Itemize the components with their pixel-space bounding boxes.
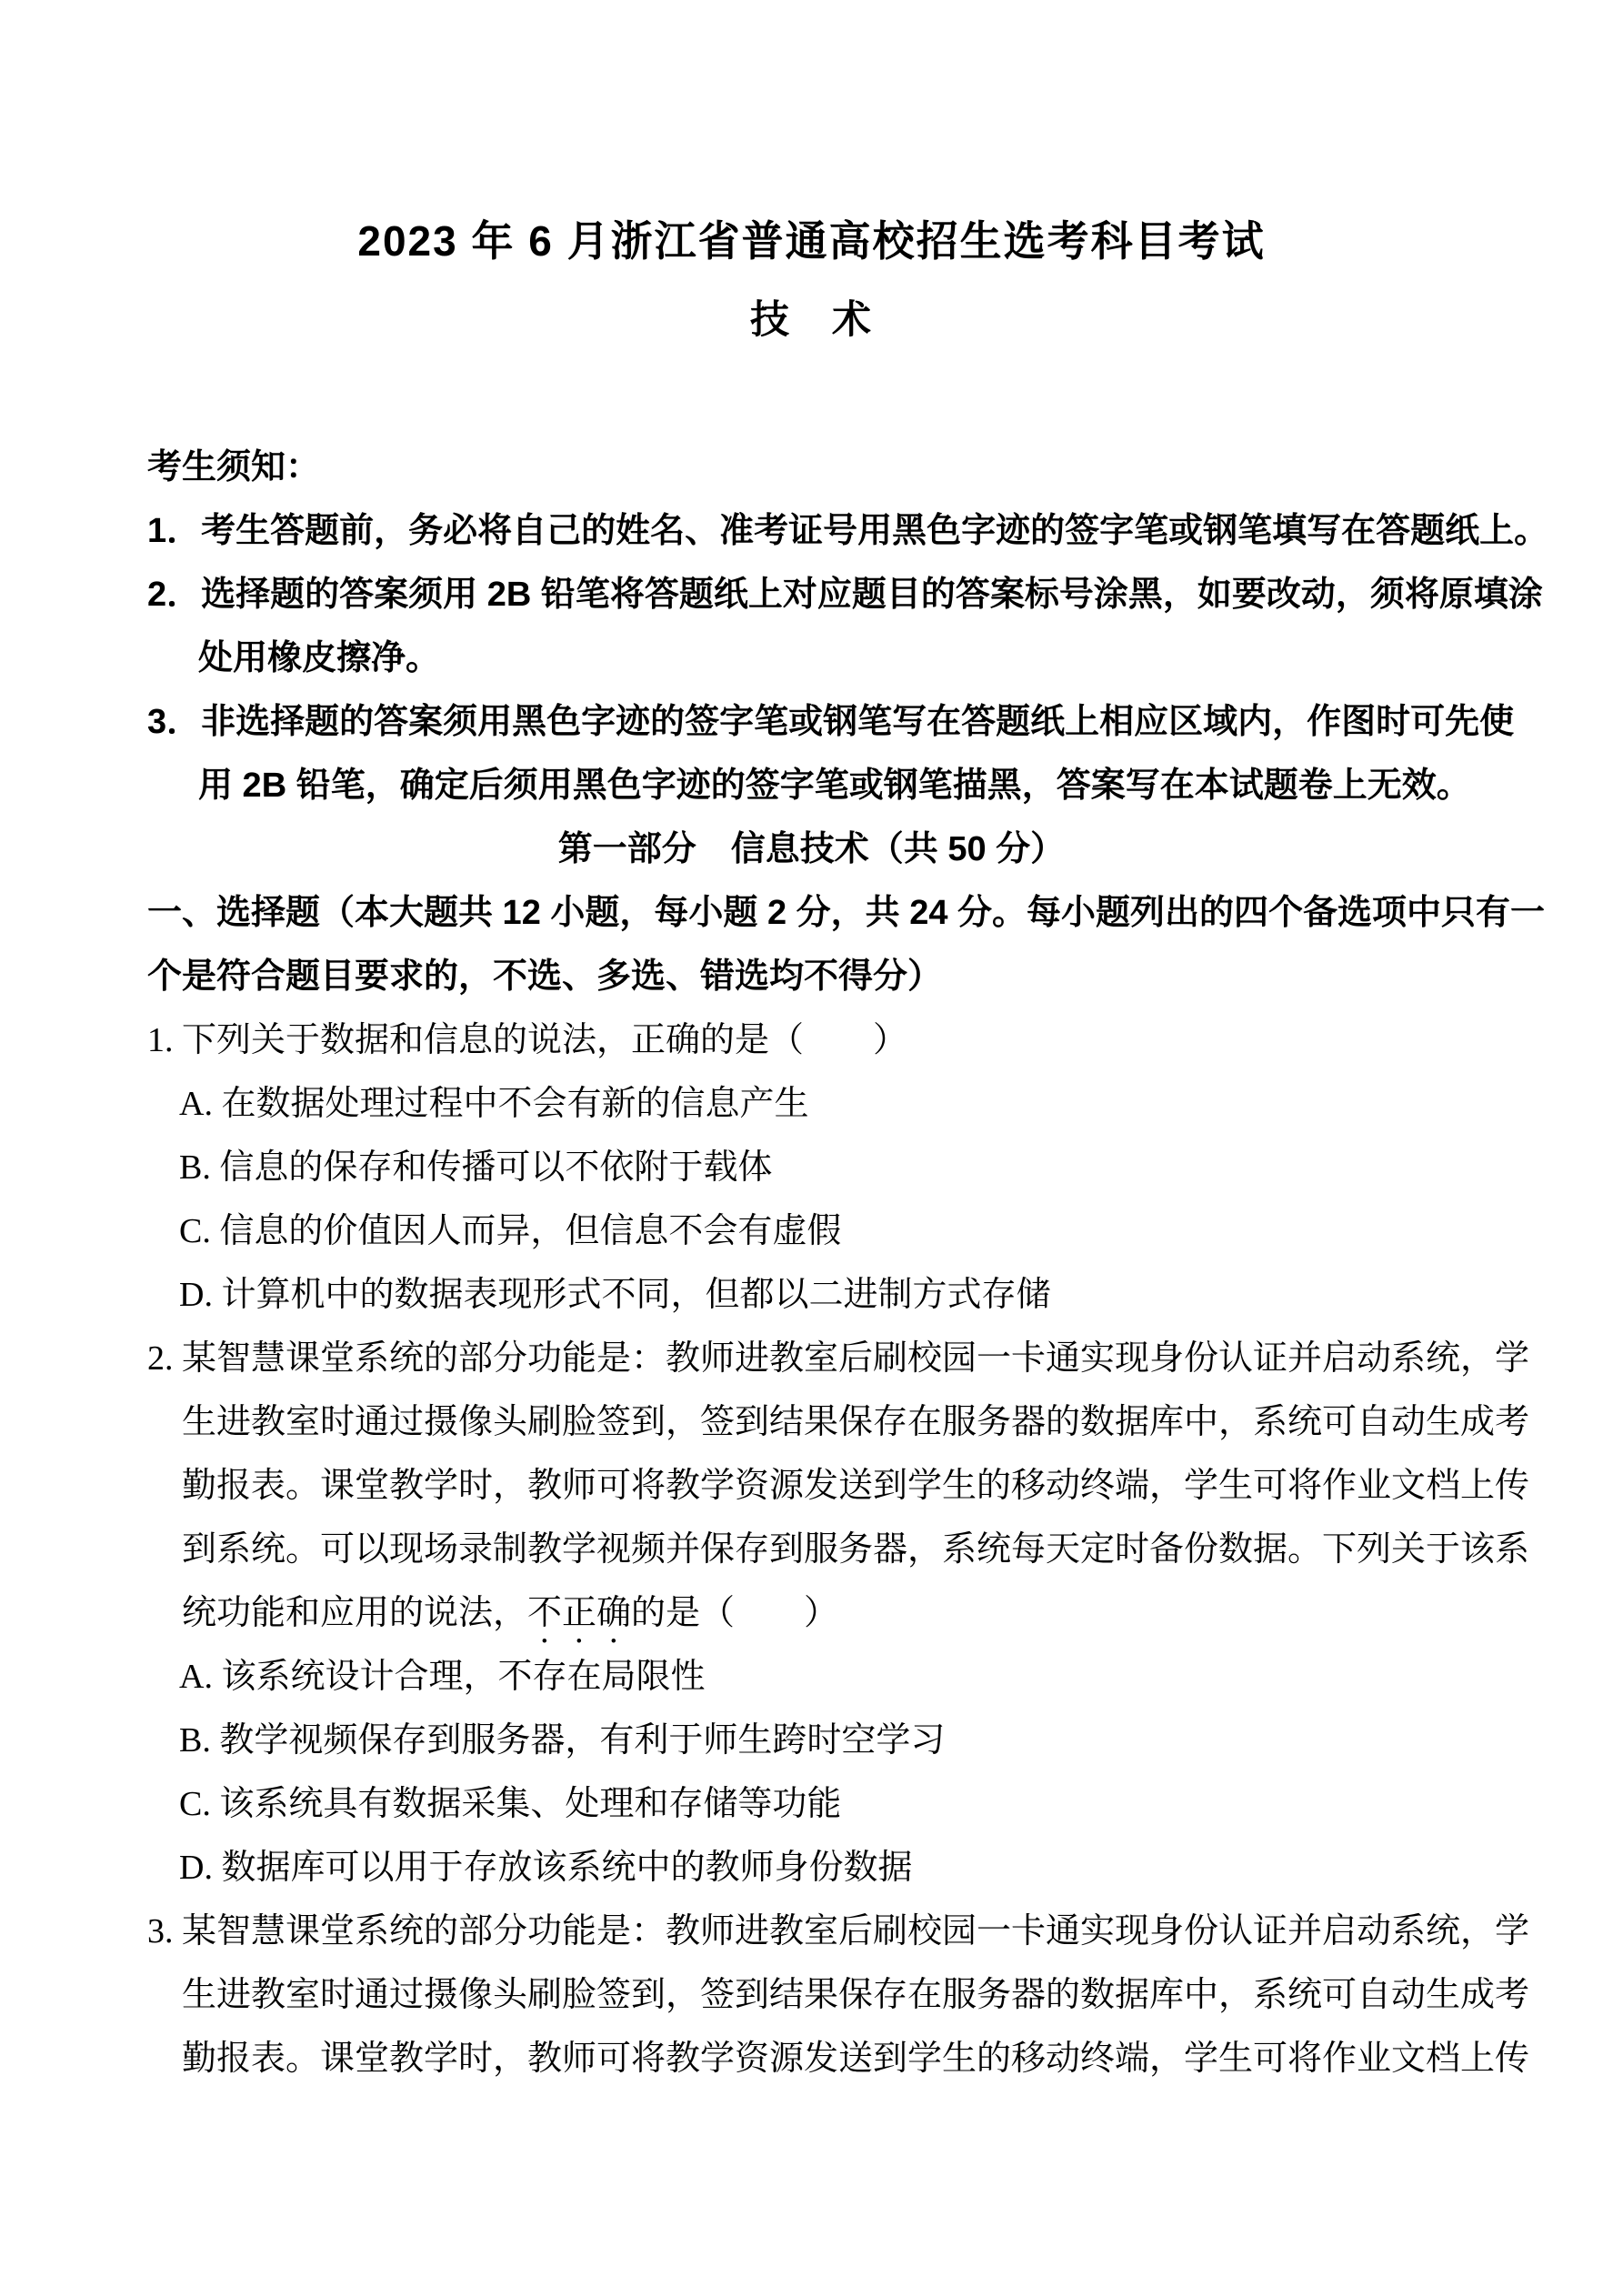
question-2-stem-line-3: 勤报表。课堂教学时，教师可将教学资源发送到学生的移动终端，学生可将作业文档上传 [182,1454,1550,1518]
notice-heading: 考生须知： [147,436,1550,499]
notice-section: 考生须知： 1．考生答题前，务必将自己的姓名、准考证号用黑色字迹的签字笔或钢笔填… [73,436,1550,817]
section-intro-line-1: 一、选择题（本大题共 12 小题，每小题 2 分，共 24 分。每小题列出的四个… [147,881,1550,945]
stem-text-suffix: 的是（ ） [631,1594,838,1632]
question-2-stem-line-1: 2. 某智慧课堂系统的部分功能是：教师进教室后刷校园一卡通实现身份认证并启动系统… [147,1327,1550,1390]
question-1-option-b: B. 信息的保存和传播可以不依附于载体 [179,1136,1550,1199]
question-1-option-a: A. 在数据处理过程中不会有新的信息产生 [179,1072,1550,1136]
question-1-stem: 1. 下列关于数据和信息的说法，正确的是（ ） [147,1008,1550,1072]
notice-item-1-line-1: 1．考生答题前，务必将自己的姓名、准考证号用黑色字迹的签字笔或钢笔填写在答题纸上… [147,499,1550,563]
part-title: 第一部分 信息技术（共 50 分） [73,817,1550,881]
question-2-option-d: D. 数据库可以用于存放该系统中的教师身份数据 [179,1836,1550,1900]
stem-text-emphasized: 不正确 [527,1594,631,1632]
question-2-option-a: A. 该系统设计合理，不存在局限性 [179,1645,1550,1709]
question-2: 2. 某智慧课堂系统的部分功能是：教师进教室后刷校园一卡通实现身份认证并启动系统… [73,1327,1550,1900]
page-subtitle: 技 术 [73,288,1550,352]
question-2-stem-line-4: 到系统。可以现场录制教学视频并保存到服务器，系统每天定时备份数据。下列关于该系 [182,1518,1550,1581]
question-2-option-c: C. 该系统具有数据采集、处理和存储等功能 [179,1772,1550,1836]
question-3-stem-line-1: 3. 某智慧课堂系统的部分功能是：教师进教室后刷校园一卡通实现身份认证并启动系统… [147,1900,1550,1963]
notice-item-2-line-2: 处用橡皮擦净。 [198,627,1550,690]
question-2-stem-line-5: 统功能和应用的说法，不正确的是（ ） [182,1581,1550,1645]
question-2-option-b: B. 教学视频保存到服务器，有利于师生跨时空学习 [179,1709,1550,1772]
exam-paper-page: 2023 年 6 月浙江省普通高校招生选考科目考试 技 术 考生须知： 1．考生… [0,0,1623,2296]
question-1: 1. 下列关于数据和信息的说法，正确的是（ ） A. 在数据处理过程中不会有新的… [73,1008,1550,1327]
question-1-option-d: D. 计算机中的数据表现形式不同，但都以二进制方式存储 [179,1263,1550,1327]
question-3-stem-line-3: 勤报表。课堂教学时，教师可将教学资源发送到学生的移动终端，学生可将作业文档上传 [182,2027,1550,2090]
stem-text-prefix: 统功能和应用的说法， [182,1594,527,1632]
question-3: 3. 某智慧课堂系统的部分功能是：教师进教室后刷校园一卡通实现身份认证并启动系统… [73,1900,1550,2090]
question-3-stem-line-2: 生进教室时通过摄像头刷脸签到，签到结果保存在服务器的数据库中，系统可自动生成考 [182,1963,1550,2027]
notice-item-2-line-1: 2．选择题的答案须用 2B 铅笔将答题纸上对应题目的答案标号涂黑，如要改动，须将… [147,563,1550,627]
section-intro-line-2: 个是符合题目要求的，不选、多选、错选均不得分） [147,945,1550,1008]
question-1-option-c: C. 信息的价值因人而异，但信息不会有虚假 [179,1199,1550,1263]
page-title: 2023 年 6 月浙江省普通高校招生选考科目考试 [73,209,1550,273]
page-content: 2023 年 6 月浙江省普通高校招生选考科目考试 技 术 考生须知： 1．考生… [0,0,1623,2090]
notice-item-3-line-2: 用 2B 铅笔，确定后须用黑色字迹的签字笔或钢笔描黑，答案写在本试题卷上无效。 [198,754,1550,817]
notice-item-3-line-1: 3．非选择题的答案须用黑色字迹的签字笔或钢笔写在答题纸上相应区域内，作图时可先使 [147,690,1550,754]
question-2-stem-line-2: 生进教室时通过摄像头刷脸签到，签到结果保存在服务器的数据库中，系统可自动生成考 [182,1390,1550,1454]
